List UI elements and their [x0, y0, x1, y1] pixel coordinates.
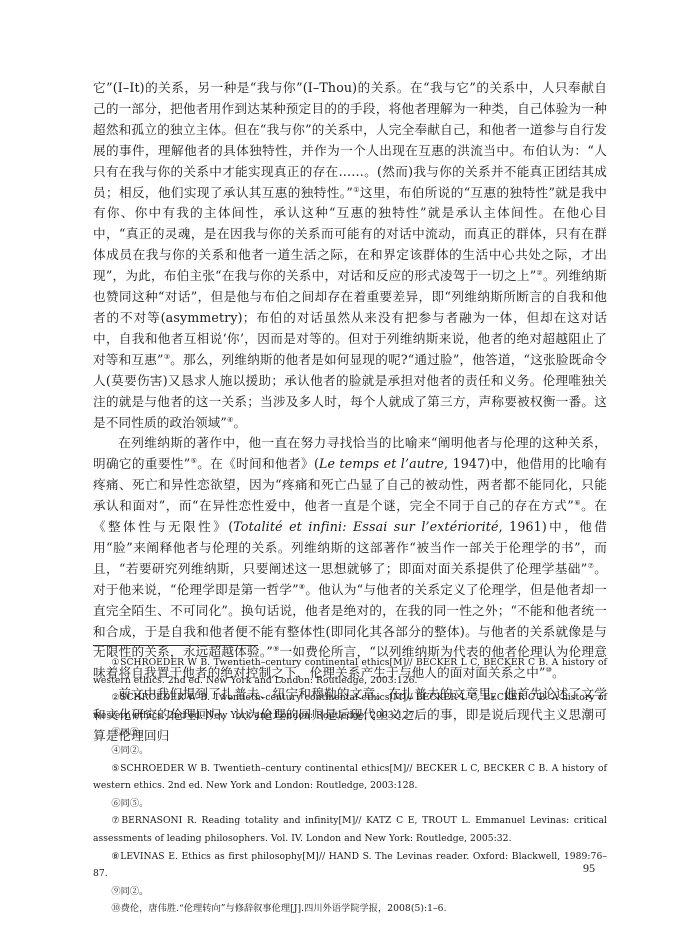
footnote-8: ⑧LEVINAS E. Ethics as first philosophy[M…: [93, 848, 607, 883]
footnote-ref[interactable]: ②: [536, 269, 543, 277]
footnote-7: ⑦BERNASONI R. Reading totality and infin…: [93, 812, 607, 847]
footnote-ref[interactable]: ③: [164, 353, 171, 361]
footnote-3: ③同②。: [93, 724, 607, 742]
footnote-5: ⑤SCHROEDER W B. Twentieth–century contin…: [93, 760, 607, 795]
body-text: 它”(I–It)的关系，另一种是“我与你”(I–Thou)的关系。在“我与它”的…: [93, 78, 607, 747]
footnote-2: ②SCHROEDER W B. Twentieth–century contin…: [93, 689, 607, 724]
footnote-ref[interactable]: ⑧: [299, 583, 306, 591]
italic-title: Totalité et infini: Essai sur l’extérior…: [233, 519, 498, 534]
footnote-ref[interactable]: ④: [227, 416, 233, 424]
footnote-9: ⑨同②。: [93, 883, 607, 901]
footnote-divider: [93, 645, 258, 646]
footnote-10: ⑩费伦，唐伟胜.“伦理转向”与修辞叙事伦理[J].四川外语学院学报，2008(5…: [93, 900, 607, 918]
italic-title: Le temps et l’autre: [319, 456, 444, 471]
footnote-ref[interactable]: ⑥: [574, 499, 581, 507]
footnote-ref[interactable]: ⑦: [587, 562, 594, 570]
footnote-ref[interactable]: ①: [353, 186, 360, 194]
footnotes: ①SCHROEDER W B. Twentieth–century contin…: [93, 654, 607, 918]
footnote-ref[interactable]: ⑨: [273, 645, 280, 653]
footnote-ref[interactable]: ⑤: [190, 457, 197, 465]
footnote-1: ①SCHROEDER W B. Twentieth–century contin…: [93, 654, 607, 689]
paragraph-2: 在列维纳斯的著作中，他一直在努力寻找恰当的比喻来“阐明他者与伦理的这种关系，明确…: [93, 433, 607, 684]
footnote-6: ⑥同⑤。: [93, 795, 607, 813]
page-number: 95: [583, 861, 595, 876]
footnote-4: ④同②。: [93, 742, 607, 760]
paragraph-1: 它”(I–It)的关系，另一种是“我与你”(I–Thou)的关系。在“我与它”的…: [93, 78, 607, 433]
